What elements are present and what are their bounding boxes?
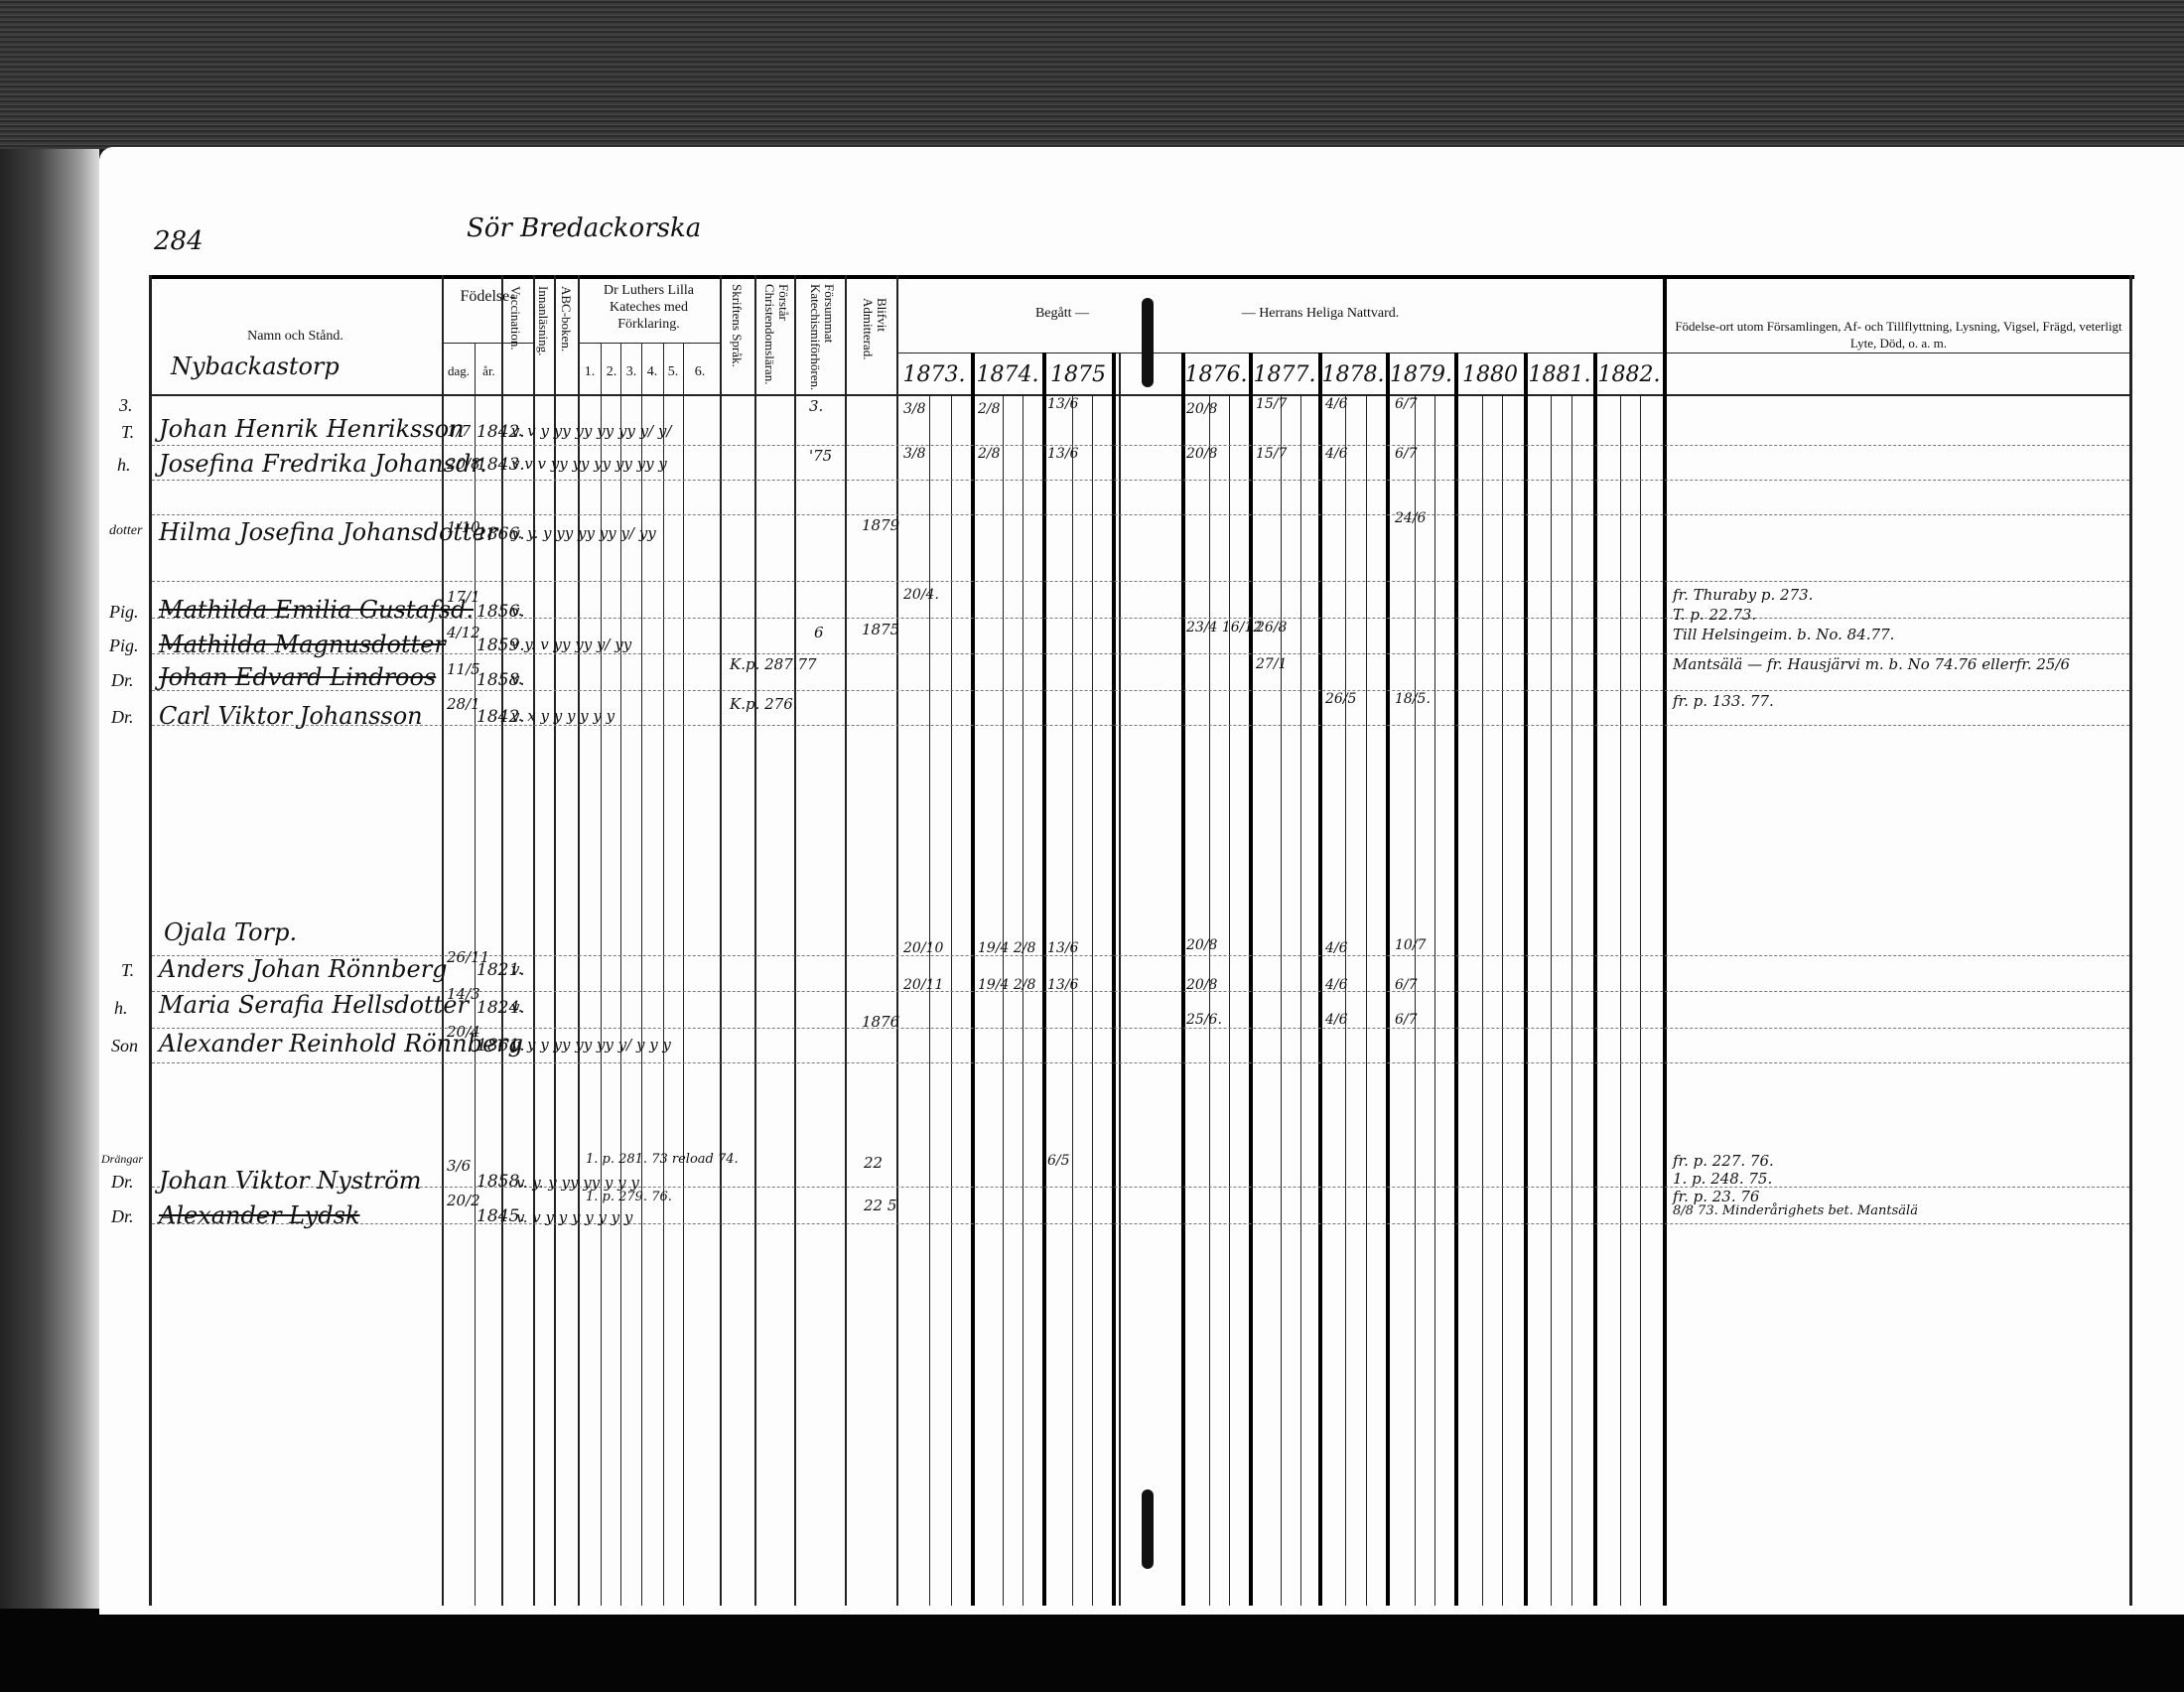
year-col-line [1249, 352, 1253, 1606]
entry-1878: 4/6 [1325, 447, 1348, 461]
header-forsummat: Försummat Katechismiförhören. [804, 284, 836, 383]
entry-remarks: fr. Thuraby p. 273. [1673, 586, 1813, 604]
header-vaccination: Vaccination. [508, 286, 522, 351]
year-sub-line [1620, 394, 1621, 1606]
entry-1877: 15/7 [1256, 447, 1287, 461]
entry-1876: 20/8 [1186, 938, 1217, 952]
table-left-border [149, 275, 152, 1606]
year-1878: 1878. [1320, 362, 1386, 387]
year-1882: 1882. [1595, 362, 1663, 387]
entry-prefix: h. [114, 998, 128, 1019]
year-1881: 1881. [1526, 362, 1593, 387]
binding-clip [1142, 298, 1154, 387]
row-line [152, 480, 2129, 481]
entry-name: Maria Serafia Hellsdotter [159, 991, 469, 1019]
entry-1873: 20/11 [903, 978, 943, 992]
header-name-col: Namn och Stånd. [149, 328, 442, 345]
entry-marks: v. [511, 670, 522, 688]
entry-1876: 20/8 [1186, 978, 1217, 992]
entry-1879: 24/6 [1395, 511, 1426, 525]
entry-1874: 2/8 [978, 402, 1001, 416]
entry-marks: v. v y y y y y y y [516, 1208, 632, 1226]
year-sub-line [1229, 394, 1230, 1606]
year-col-line [1524, 352, 1528, 1606]
entry-skriftens: K.p. 276. [730, 695, 798, 713]
section-heading: Nybackastorp [171, 352, 340, 380]
row-line [152, 725, 2129, 726]
year-sub-line [1345, 394, 1346, 1606]
entry-name: Mathilda Emilia Gustafsd. [159, 596, 474, 624]
col-line [554, 275, 556, 1606]
scan-background-top [0, 0, 2184, 149]
header-skriftens-sprak: Skriftens Språk. [730, 284, 744, 367]
year-1876: 1876. [1183, 362, 1249, 387]
entry-name: Johan Henrik Henriksson [159, 415, 465, 443]
year-col-line [1318, 352, 1322, 1606]
entry-1878: 4/6 [1325, 1013, 1348, 1027]
entry-1874: 19/4 2/8 [978, 941, 1035, 955]
header-birth-year: år. [477, 362, 501, 379]
year-sub-line [1366, 394, 1367, 1606]
entry-name: Josefina Fredrika Johansdr. [159, 450, 487, 478]
entry-name: Johan Edvard Lindroos [159, 663, 436, 691]
entry-1878: 26/5 [1325, 692, 1356, 706]
entry-1879: 6/7 [1395, 447, 1418, 461]
year-sub-line [1003, 394, 1004, 1606]
entry-note-above: 1. p. 279. 76. [586, 1190, 672, 1204]
row-line [152, 514, 2129, 515]
entry-prefix: Dr. [111, 1206, 134, 1227]
parish-heading: Sör Bredackorska [467, 213, 701, 243]
entry-prefix: h. [117, 455, 131, 476]
col-line [663, 343, 664, 1606]
book-spine [0, 149, 99, 1619]
entry-1876: 23/4 16/12 [1186, 621, 1262, 634]
entry-marks: v. x y y y y y y [511, 707, 614, 725]
year-1873: 1873. [898, 362, 970, 387]
entry-remarks-2: fr. p. 133. 77. [1673, 692, 1774, 710]
header-remarks: Födelse-ort utom Församlingen, Af- och T… [1673, 318, 2124, 352]
year-col-line [1042, 352, 1046, 1606]
year-sub-line [1502, 394, 1503, 1606]
entry-remarks: fr. p. 227. 76. [1673, 1152, 1774, 1170]
entry-prefix: Dr. [111, 707, 134, 728]
years-divider [898, 352, 2129, 353]
entry-birth-day: 20/4 [447, 1023, 480, 1041]
year-sub-line [1209, 394, 1210, 1606]
col-line [754, 275, 756, 1606]
entry-1876: 20/8 [1186, 447, 1217, 461]
entry-admitterad: 1879 [862, 516, 899, 534]
section2-heading: Ojala Torp. [164, 918, 297, 946]
entry-1879: 6/7 [1395, 978, 1418, 992]
year-sub-line [929, 394, 930, 1606]
entry-forsummat: '75 [809, 447, 832, 465]
entry-prefix: Dr. [111, 670, 134, 691]
header-abc-boken: ABC-boken. [559, 286, 573, 352]
entry-1879: 6/7 [1395, 397, 1418, 411]
entry-1876: 25/6. [1186, 1013, 1222, 1027]
col-line [794, 275, 796, 1606]
entry-1877: 27/1 [1256, 657, 1287, 671]
entry-birth-day: 4/12 [447, 624, 480, 641]
entry-name: Alexander Lydsk [159, 1201, 359, 1229]
year-col-line [1593, 352, 1597, 1606]
col-line [720, 275, 722, 1606]
header-catechism-6: 6. [685, 363, 715, 380]
entry-remarks-2: 8/8 73. Minderårighets bet. Mantsälä [1673, 1203, 1918, 1218]
year-col-line [971, 352, 975, 1606]
entry-birth-day: 3/6 [447, 1157, 471, 1175]
year-sub-line [1571, 394, 1572, 1606]
year-col-line [1112, 352, 1116, 1606]
year-col-line [1386, 352, 1390, 1606]
entry-name: Mathilda Magnusdotter [159, 631, 446, 658]
entry-birth-day: 1/10 [447, 518, 480, 536]
year-sub-line [951, 394, 952, 1606]
year-sub-line [1092, 394, 1093, 1606]
entry-note-above: 1. p. 281. 73 reload 74. [586, 1152, 739, 1167]
col-line [578, 275, 580, 1606]
entry-birth-day: 11/5 [447, 660, 480, 678]
year-sub-line [1281, 394, 1282, 1606]
row-line [152, 1187, 2129, 1188]
header-catechism-3: 3. [621, 363, 641, 380]
entry-marks: v. [511, 998, 522, 1016]
entry-prefix: Dr. [111, 1172, 134, 1193]
entry-1878: 4/6 [1325, 397, 1348, 411]
year-sub-line [1640, 394, 1641, 1606]
year-sub-line [1482, 394, 1483, 1606]
entry-birth-day: 1/7 [447, 422, 471, 440]
header-catechism-5: 5. [663, 363, 683, 380]
entry-marks: v. v y yy yy yy yy y/ y/ [511, 422, 671, 440]
header-communion-right: — Herrans Heliga Nattvard. [1191, 305, 1449, 322]
entry-birth-day: 20/8 [447, 455, 480, 473]
table-right-border [2129, 275, 2132, 1606]
entry-marks: v y. v yy yy y/ yy [511, 635, 631, 653]
header-catechism-1: 1. [580, 363, 600, 380]
row-line [152, 1062, 2129, 1063]
year-sub-line [1072, 394, 1073, 1606]
year-1877: 1877. [1251, 362, 1318, 387]
entry-name: Johan Viktor Nyström [159, 1167, 421, 1195]
entry-1879: 10/7 [1395, 938, 1426, 952]
entry-admitterad: 22 [864, 1154, 883, 1172]
row-line [152, 581, 2129, 582]
year-1880: 1880 [1456, 362, 1524, 387]
header-birth-day: dag. [444, 362, 474, 379]
entry-1874: 2/8 [978, 447, 1001, 461]
header-catechism-2: 2. [602, 363, 621, 380]
catechism-divider [578, 343, 720, 344]
entry-1878: 4/6 [1325, 941, 1348, 955]
row-line [152, 1223, 2129, 1224]
row-line [152, 653, 2129, 654]
year-col-line [1181, 352, 1185, 1606]
entry-1879: 18/5. [1395, 692, 1431, 706]
row-line [152, 690, 2129, 691]
entry-1874: 19/4 2/8 [978, 978, 1035, 992]
year-col-line [1119, 352, 1121, 1606]
entry-admitterad: 22 5 [864, 1197, 896, 1214]
header-communion-left: Begått — [1003, 305, 1122, 322]
entry-birth-day: 28/1 [447, 695, 480, 713]
header-admitterad: Blifvit Admitterad. [859, 298, 888, 377]
entry-forsummat: 6 [814, 624, 824, 641]
year-1879: 1879. [1388, 362, 1454, 387]
year-col-line [1454, 352, 1458, 1606]
entry-remarks: Till Helsingeim. b. No. 84.77. [1673, 626, 1894, 643]
entry-marks: y. y y yy yy yy y/ y y y [511, 1036, 671, 1054]
entry-1875: 13/6 [1047, 397, 1078, 411]
entry-1875: 13/6 [1047, 978, 1078, 992]
entry-1877: 15/7 [1256, 397, 1287, 411]
entry-remarks: T. p. 22.73. [1673, 606, 1756, 624]
entry-1875: 13/6 [1047, 447, 1078, 461]
col-line [533, 275, 535, 1606]
year-sub-line [1300, 394, 1301, 1606]
entry-1873: 3/8 [903, 447, 926, 461]
entry-prefix: T. [121, 960, 134, 981]
year-1874: 1874. [973, 362, 1042, 387]
entry-pre-note: Drängar [101, 1152, 143, 1167]
entry-1878: 4/6 [1325, 978, 1348, 992]
entry-skriftens: K.p. 287.77 [730, 655, 817, 673]
entry-1873: 3/8 [903, 402, 926, 416]
entry-prefix: Pig. [109, 635, 139, 656]
year-sub-line [1415, 394, 1416, 1606]
entry-1879: 6/7 [1395, 1013, 1418, 1027]
entry-admitterad: 1875 [862, 621, 899, 638]
entry-birth-day: 14/3 [447, 985, 480, 1003]
col-line [501, 275, 503, 1606]
entry-1877: 26/8 [1256, 621, 1287, 634]
entry-marks: v. [511, 960, 522, 978]
year-sub-line [1023, 394, 1024, 1606]
entry-remarks-2: 1. p. 248. 75. [1673, 1170, 1772, 1188]
section-marker: 3. [119, 395, 133, 416]
entry-prefix: dotter [109, 523, 142, 539]
entry-1875: 13/6 [1047, 941, 1078, 955]
entry-marks: y. y. y yy yy yy y/ yy [511, 524, 656, 542]
header-catechism-group: Dr Luthers Lilla Kateches med Förklaring… [578, 282, 720, 333]
col-line [683, 343, 684, 1606]
entry-1873: 20/10 [903, 941, 943, 955]
entry-name: Carl Viktor Johansson [159, 702, 423, 730]
entry-name: Anders Johan Rönnberg [159, 955, 448, 983]
year-sub-line [1551, 394, 1552, 1606]
entry-marks: v. [511, 602, 522, 620]
header-innanlasning: Innanläsning. [536, 286, 550, 355]
entry-prefix: Son [111, 1036, 138, 1057]
page-number: 284 [154, 226, 204, 256]
scan-background-bottom [0, 1609, 2184, 1692]
entry-birth-day: 20/2 [447, 1192, 480, 1209]
remarks-col-line [1663, 275, 1667, 1606]
entry-admitterad: 1876 [862, 1013, 899, 1031]
entry-prefix: Pig. [109, 602, 139, 623]
binding-clip [1142, 1489, 1154, 1569]
entry-forsummat: 3. [809, 397, 823, 415]
entry-birth-day: 17/1 [447, 588, 480, 606]
row-line [152, 445, 2129, 446]
col-line [896, 275, 898, 1606]
header-forstar: Förstår Christendomsläran. [760, 284, 790, 383]
table-top-border [149, 275, 2134, 279]
entry-1873: 20/4. [903, 588, 939, 602]
header-catechism-4: 4. [642, 363, 662, 380]
entry-1876: 20/8 [1186, 402, 1217, 416]
entry-marks: v v v yy yy yy yy yy y [511, 455, 667, 473]
entry-remarks: Mantsälä — fr. Hausjärvi m. b. No 74.76 … [1673, 655, 2070, 673]
year-sub-line [1434, 394, 1435, 1606]
header-bottom-border [149, 394, 2129, 396]
year-1875: 1875 [1044, 362, 1112, 387]
entry-1875: 6/5 [1047, 1154, 1070, 1168]
col-line [845, 275, 847, 1606]
entry-prefix: T. [121, 422, 134, 443]
